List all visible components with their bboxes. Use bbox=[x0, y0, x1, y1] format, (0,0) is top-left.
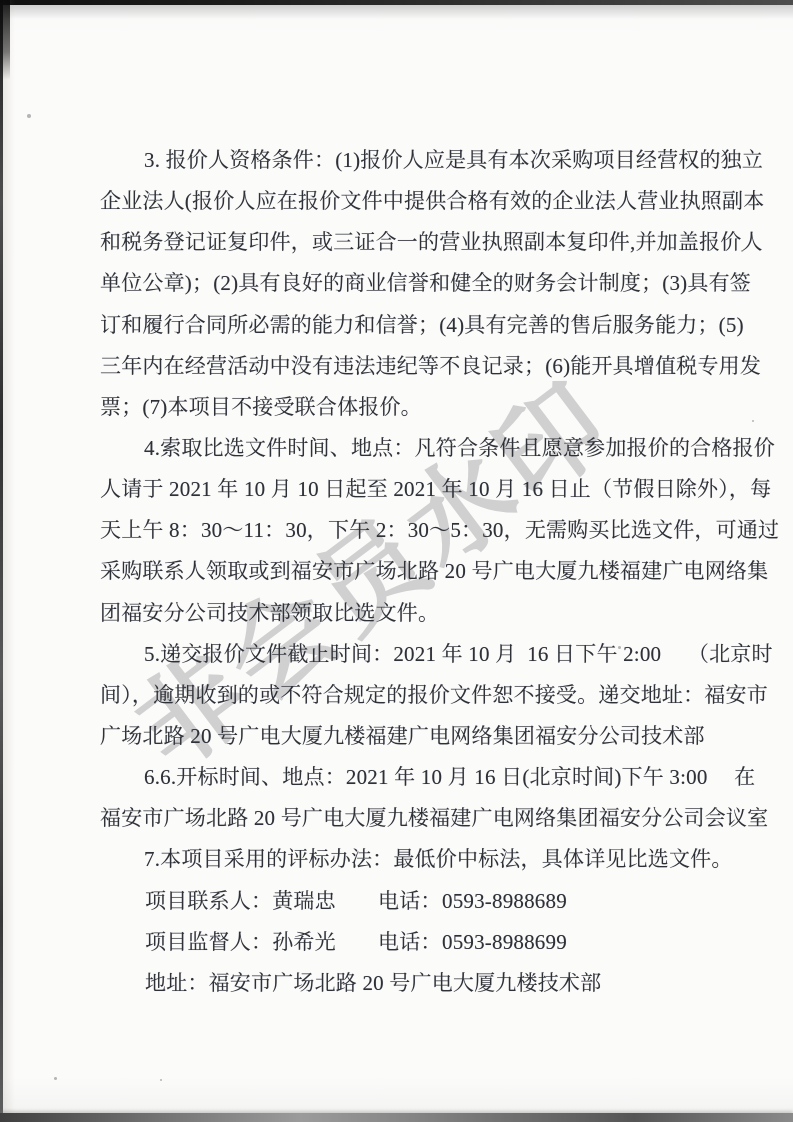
text-line: 间），逾期收到的或不符合规定的报价文件恕不接受。递交地址：福安市 bbox=[100, 675, 718, 716]
contact-label: 项目联系人： bbox=[145, 889, 272, 913]
text-line: 3. 报价人资格条件：(1)报价人应是具有本次采购项目经营权的独立 bbox=[100, 140, 718, 181]
text-line: 4.索取比选文件时间、地点：凡符合条件且愿意参加报价的合格报价 bbox=[100, 428, 718, 469]
text-line: 票；(7)本项目不接受联合体报价。 bbox=[100, 387, 718, 428]
text-line: 企业法人(报价人应在报价文件中提供合格有效的企业法人营业执照副本 bbox=[100, 181, 718, 222]
text-line: 福安市广场北路 20 号广电大厦九楼福建广电网络集团福安分公司会议室 bbox=[100, 798, 718, 839]
text-line: 订和履行合同所必需的能力和信誉；(4)具有完善的售后服务能力；(5) bbox=[100, 305, 718, 346]
noise-speck bbox=[160, 1079, 162, 1081]
text-line: 采购联系人领取或到福安市广场北路 20 号广电大厦九楼福建广电网络集 bbox=[100, 551, 718, 592]
scan-corner-smudge bbox=[0, 0, 10, 80]
noise-speck bbox=[752, 420, 754, 422]
phone-number: 0593-8988689 bbox=[442, 881, 567, 922]
text-line: 三年内在经营活动中没有违法违纪等不良记录；(6)能开具增值税专用发 bbox=[100, 346, 718, 387]
text-line: 5.递交报价文件截止时间：2021 年 10 月 16 日下午 2:00 （北京… bbox=[100, 634, 718, 675]
contact-row: 项目监督人：孙希光电话：0593-8988699 bbox=[100, 922, 718, 963]
text-line: 单位公章)；(2)具有良好的商业信誉和健全的财务会计制度；(3)具有签 bbox=[100, 263, 718, 304]
text-line: 7.本项目采用的评标办法：最低价中标法，具体详见比选文件。 bbox=[100, 839, 718, 880]
text-line: 和税务登记证复印件，或三证合一的营业执照副本复印件,并加盖报价人 bbox=[100, 222, 718, 263]
text-line: 团福安分公司技术部领取比选文件。 bbox=[100, 593, 718, 634]
contact-label: 项目监督人： bbox=[145, 930, 272, 954]
text-line: 广场北路 20 号广电大厦九楼福建广电网络集团福安分公司技术部 bbox=[100, 716, 718, 757]
phone-label: 电话： bbox=[378, 881, 442, 922]
phone-number: 0593-8988699 bbox=[442, 922, 567, 963]
noise-speck bbox=[54, 1077, 57, 1080]
scan-edge-bottom bbox=[0, 1113, 793, 1122]
phone-label: 电话： bbox=[378, 922, 442, 963]
text-line: 6.6.开标时间、地点：2021 年 10 月 16 日(北京时间)下午 3:0… bbox=[100, 757, 718, 798]
text-line: 天上午 8：30～11：30，下午 2：30～5：30，无需购买比选文件，可通过 bbox=[100, 510, 718, 551]
document-body: 3. 报价人资格条件：(1)报价人应是具有本次采购项目经营权的独立企业法人(报价… bbox=[100, 140, 718, 1004]
scan-edge-left bbox=[0, 0, 3, 1122]
contact-row: 项目联系人：黄瑞忠电话：0593-8988689 bbox=[100, 881, 718, 922]
noise-speck bbox=[27, 114, 31, 118]
scan-edge-top bbox=[0, 0, 793, 5]
text-line: 人请于 2021 年 10 月 10 日起至 2021 年 10 月 16 日止… bbox=[100, 469, 718, 510]
scanned-document-page: 非会员水印 3. 报价人资格条件：(1)报价人应是具有本次采购项目经营权的独立企… bbox=[0, 0, 793, 1122]
address-line: 地址：福安市广场北路 20 号广电大厦九楼技术部 bbox=[100, 963, 718, 1004]
contact-name: 孙希光 bbox=[272, 930, 336, 954]
contact-name: 黄瑞忠 bbox=[272, 889, 336, 913]
